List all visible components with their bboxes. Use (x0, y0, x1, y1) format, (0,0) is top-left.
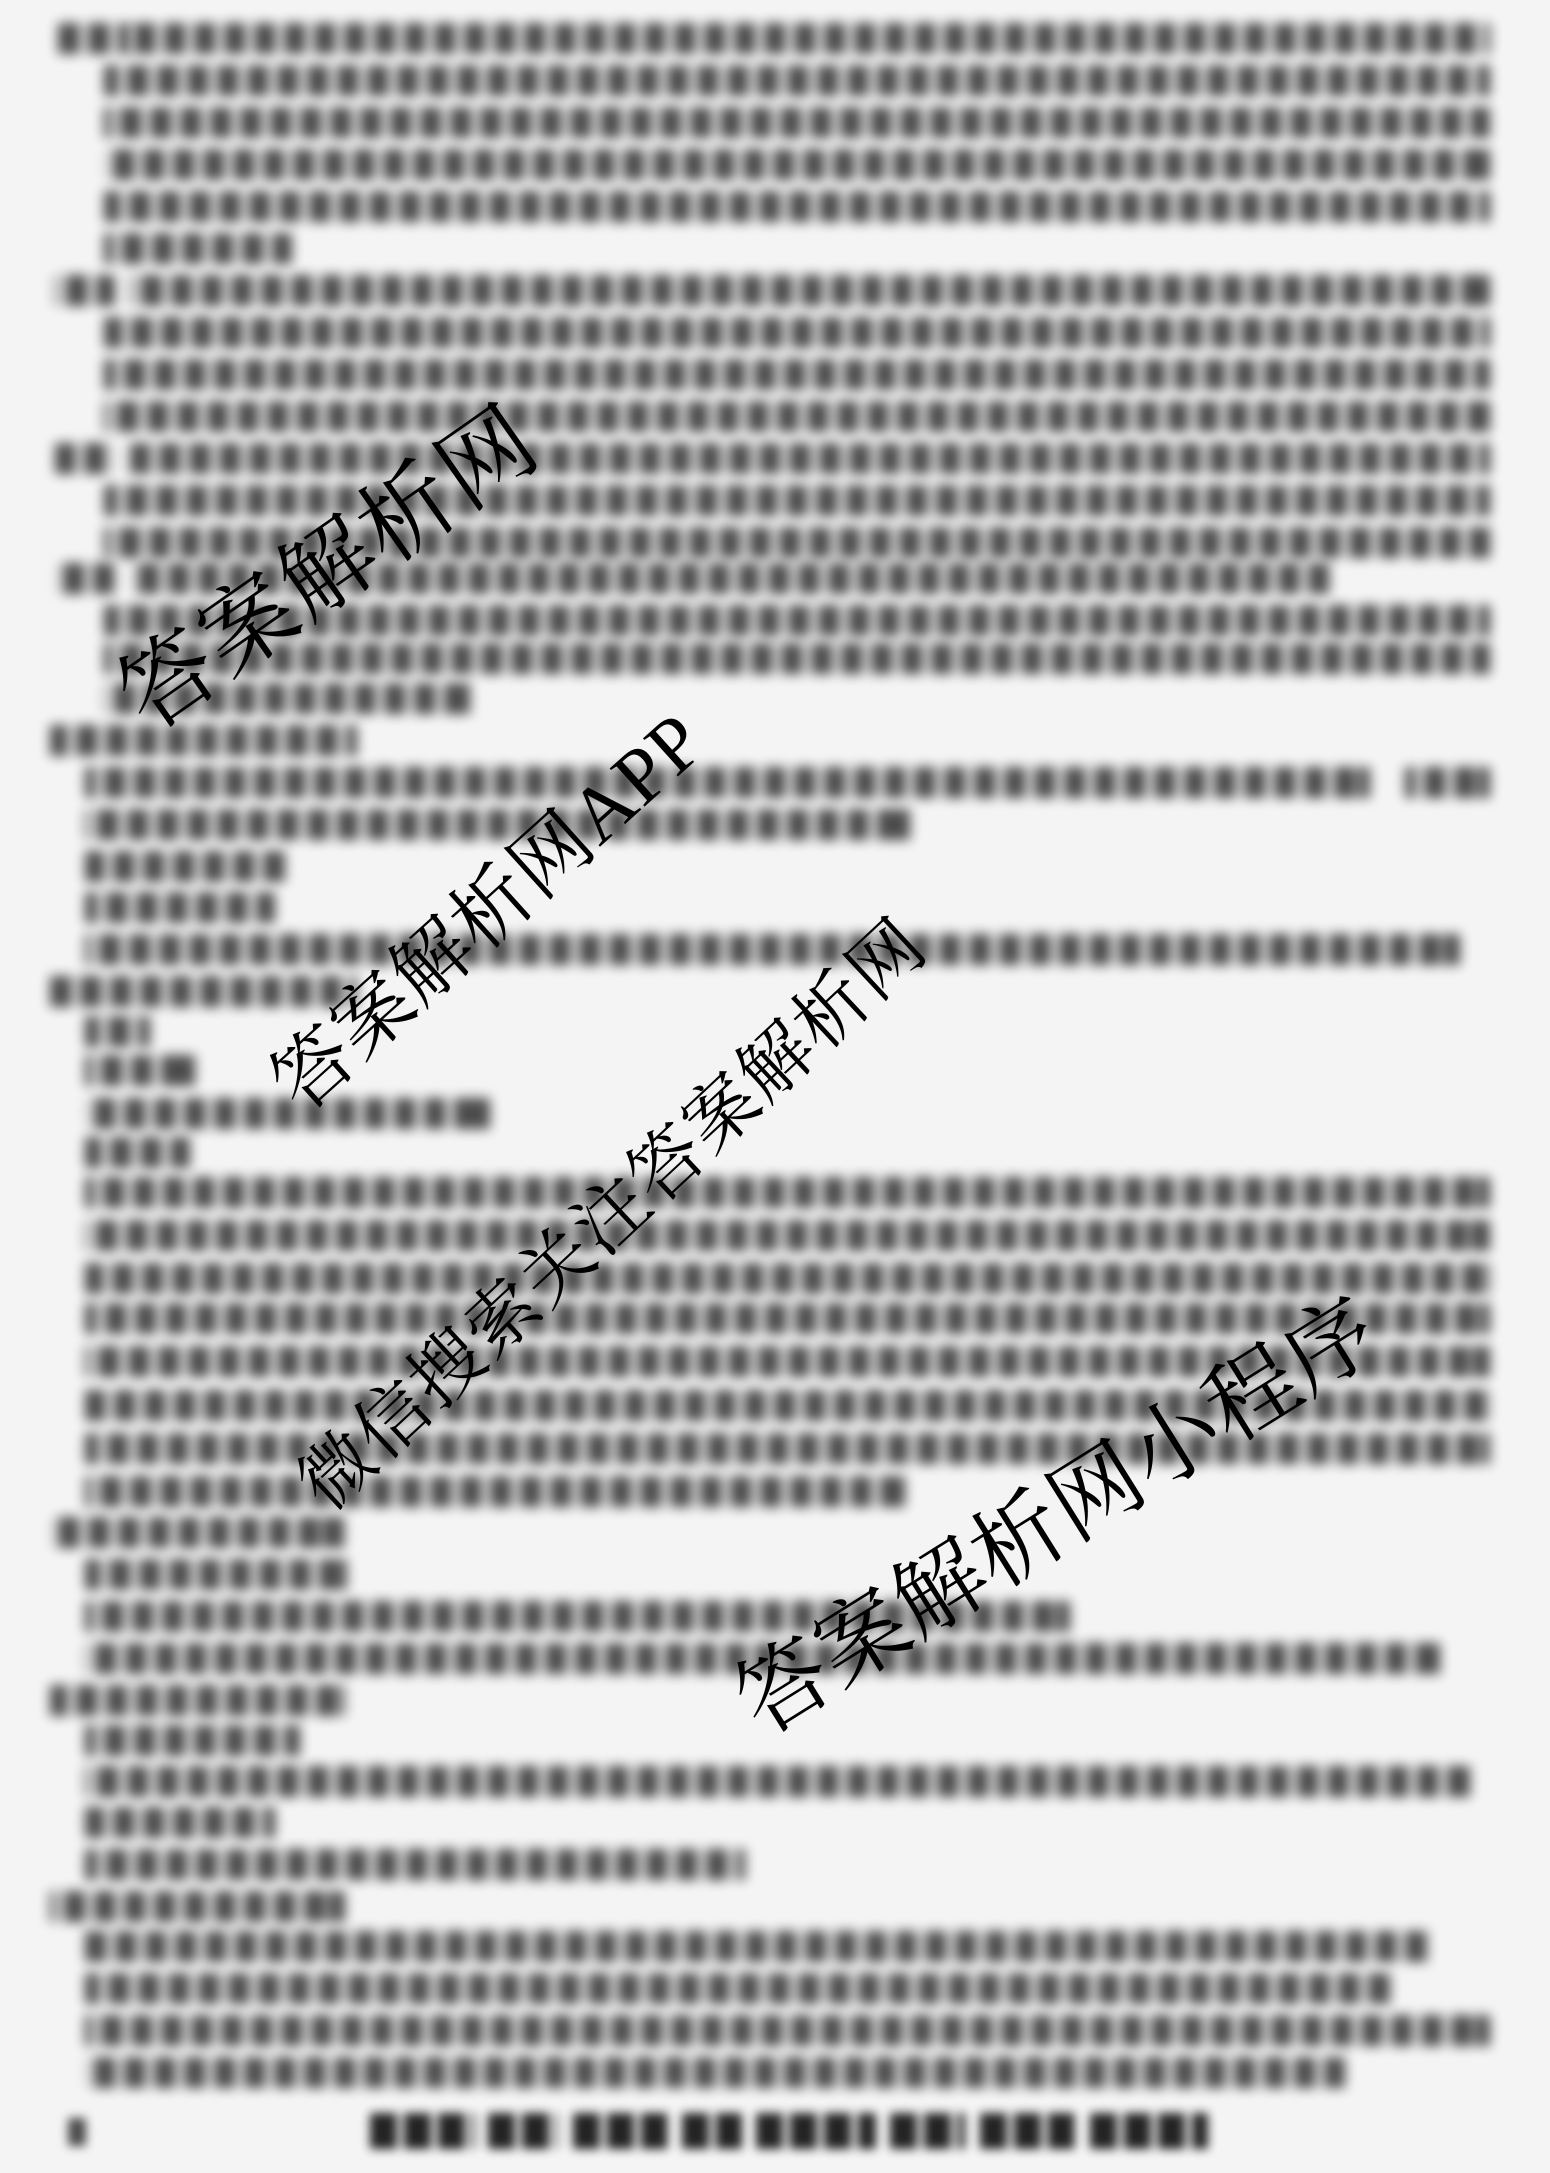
redacted-text-line (85, 1263, 1490, 1294)
redacted-text-line (1405, 767, 1490, 798)
redacted-text-line (85, 1807, 275, 1838)
redacted-text-line (130, 275, 1490, 306)
redacted-text-line (50, 725, 357, 756)
redacted-text-line (50, 1685, 345, 1716)
redacted-text-line (50, 1891, 345, 1922)
footer-title-blob (980, 2113, 1075, 2149)
redacted-text-line (104, 359, 1490, 390)
redacted-text-line (85, 1476, 905, 1507)
redacted-text-line (55, 443, 115, 474)
redacted-text-line (85, 1559, 347, 1590)
redacted-text-line (134, 23, 1490, 54)
redacted-text-line (85, 1055, 195, 1086)
redacted-text-line (85, 767, 1370, 798)
footer-title-blob (756, 2113, 876, 2149)
footer-title-blob (573, 2113, 668, 2149)
redacted-text-line (85, 2057, 1345, 2088)
redacted-text-line (85, 1931, 1435, 1962)
redacted-text-line (58, 23, 130, 54)
redacted-text-line (50, 976, 357, 1007)
redacted-text-line (85, 1137, 190, 1168)
redacted-text-line (85, 1220, 1490, 1251)
redacted-text-line (85, 851, 285, 882)
page-number-blob (68, 2118, 86, 2146)
redacted-text-line (130, 443, 1490, 474)
redacted-text-line (85, 1177, 1490, 1208)
redacted-text-line (104, 149, 1490, 180)
redacted-text-line (85, 892, 275, 923)
redacted-text-line (104, 643, 1490, 674)
redacted-text-line (85, 1973, 1390, 2004)
footer-title-blob (370, 2113, 475, 2149)
redacted-text-line (55, 563, 115, 594)
redacted-text-line (104, 401, 1490, 432)
redacted-text-line (85, 1766, 1470, 1797)
footer-title-blob (682, 2113, 742, 2149)
redacted-text-line (104, 191, 1490, 222)
footer-title-blob (488, 2113, 558, 2149)
redacted-text-line (85, 809, 910, 840)
redacted-text-line (50, 1517, 345, 1548)
redacted-text-line (85, 1725, 300, 1756)
document-page: 答案解析网 答案解析网APP 微信搜索关注答案解析网 答案解析网小程序 (0, 0, 1550, 2173)
footer-title-blob (1090, 2113, 1208, 2149)
footer-title-blob (890, 2113, 965, 2149)
redacted-text-line (104, 317, 1490, 348)
redacted-text-line (85, 2015, 1490, 2046)
redacted-text-line (85, 1098, 490, 1129)
redacted-text-line (104, 485, 1490, 516)
watermark-text: 答案解析网APP (259, 700, 719, 1125)
redacted-text-line (85, 1016, 150, 1047)
redacted-text-line (85, 1849, 745, 1880)
redacted-text-line (55, 275, 115, 306)
redacted-text-line (104, 107, 1490, 138)
redacted-text-line (85, 934, 1460, 965)
redacted-text-line (104, 233, 292, 264)
redacted-text-line (104, 65, 1490, 96)
